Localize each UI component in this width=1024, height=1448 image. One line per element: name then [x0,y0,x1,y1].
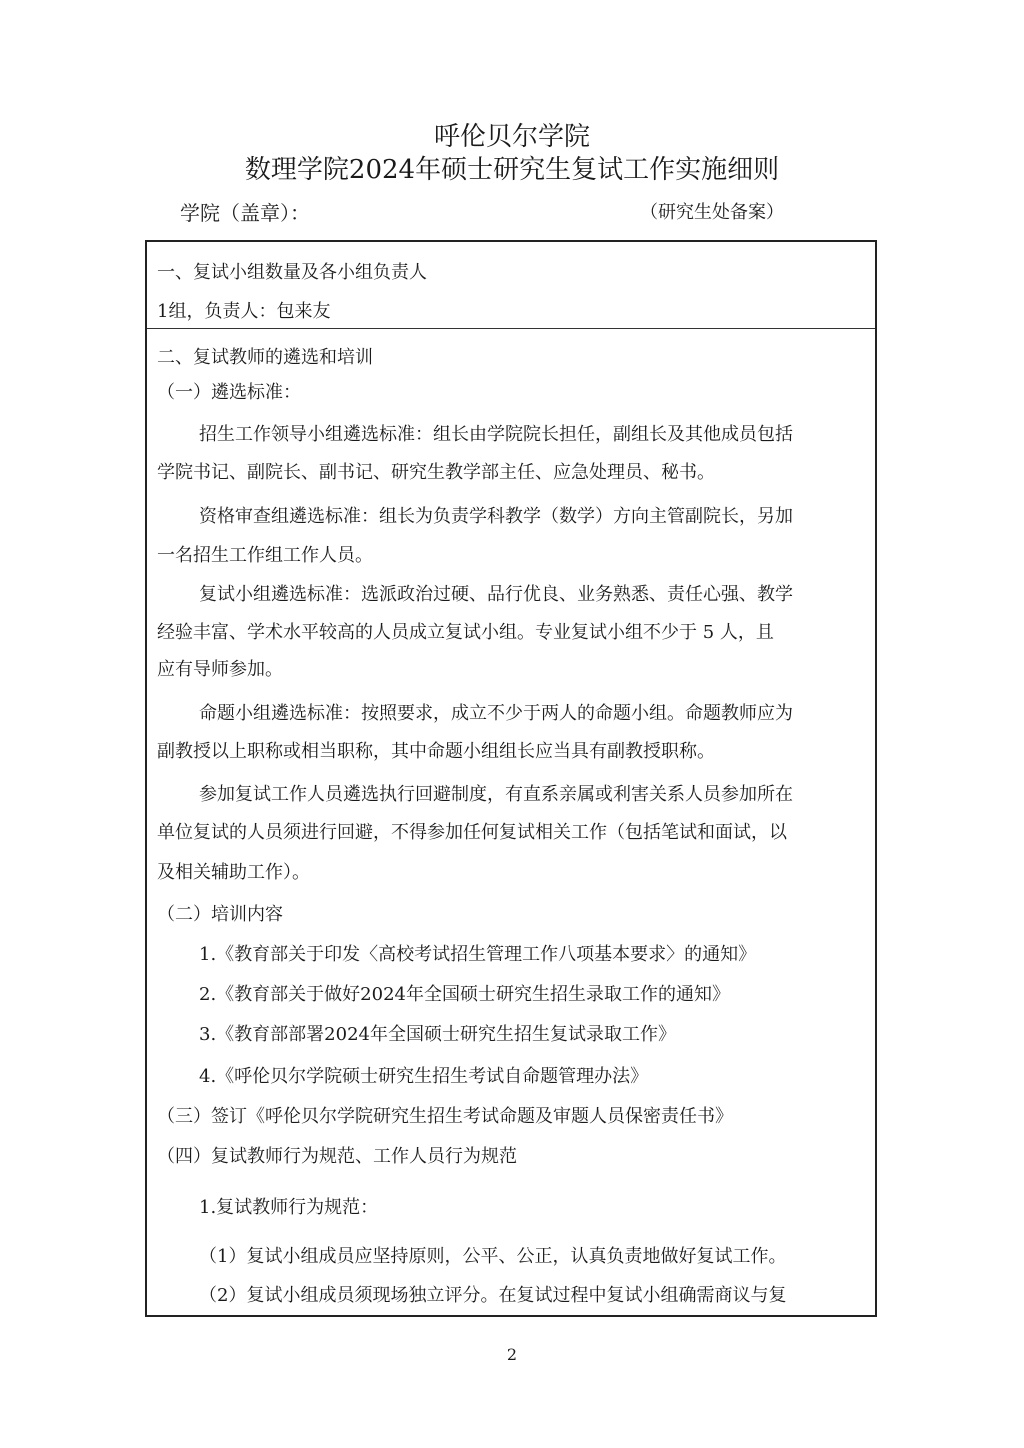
paragraph-line: 命题小组遴选标准：按照要求，成立不少于两人的命题小组。命题教师应为 [199,701,867,727]
paragraph-line: 招生工作领导小组遴选标准：组长由学院院长担任，副组长及其他成员包括 [199,422,867,448]
training-item: 1.《教育部关于印发〈高校考试招生管理工作八项基本要求〉的通知》 [199,942,867,968]
training-item: 3.《教育部部署2024年全国硕士研究生招生复试录取工作》 [199,1022,867,1048]
seal-label: 学院（盖章）： [180,198,310,228]
paragraph-line: 资格审查组遴选标准：组长为负责学科教学（数学）方向主管副院长，另加 [199,504,867,530]
paragraph-line: 参加复试工作人员遴选执行回避制度，有直系亲属或利害关系人员参加所在 [199,782,867,808]
page-number: 2 [0,1345,1024,1364]
rule-item: （1）复试小组成员应坚持原则，公平、公正，认真负责地做好复试工作。 [199,1244,867,1270]
paragraph-line: 学院书记、副院长、副书记、研究生教学部主任、应急处理员、秘书。 [157,460,867,486]
paragraph-line: 经验丰富、学术水平较高的人员成立复试小组。专业复试小组不少于 5 人，且 [157,620,867,646]
section1-content: 1组，负责人：包来友 [157,299,867,325]
paragraph-line: 及相关辅助工作）。 [157,860,867,886]
training-item: 4.《呼伦贝尔学院硕士研究生招生考试自命题管理办法》 [199,1064,867,1090]
table-divider [147,328,875,329]
paragraph-line: 单位复试的人员须进行回避，不得参加任何复试相关工作（包括笔试和面试，以 [157,820,867,846]
filing-label: （研究生处备案） [640,198,784,228]
paragraph-line: 复试小组遴选标准：选派政治过硬、品行优良、业务熟悉、责任心强、教学 [199,582,867,608]
sub4-heading: （四）复试教师行为规范、工作人员行为规范 [157,1144,867,1170]
paragraph-line: 应有导师参加。 [157,657,867,683]
sub1-heading: （一）遴选标准： [157,380,867,406]
sub3-heading: （三）签订《呼伦贝尔学院研究生招生考试命题及审题人员保密责任书》 [157,1104,867,1130]
paragraph-line: 副教授以上职称或相当职称，其中命题小组组长应当具有副教授职称。 [157,739,867,765]
content-table: 一、复试小组数量及各小组负责人 1组，负责人：包来友 二、复试教师的遴选和培训 … [145,240,877,1317]
sub2-heading: （二）培训内容 [157,902,867,928]
section1-heading: 一、复试小组数量及各小组负责人 [157,260,867,286]
document-title: 数理学院2024年硕士研究生复试工作实施细则 [0,153,1024,187]
training-item: 2.《教育部关于做好2024年全国硕士研究生招生录取工作的通知》 [199,982,867,1008]
document-title-institution: 呼伦贝尔学院 [0,120,1024,154]
rule-item: （2）复试小组成员须现场独立评分。在复试过程中复试小组确需商议与复 [199,1283,867,1309]
section2-heading: 二、复试教师的遴选和培训 [157,345,867,371]
item1-heading: 1.复试教师行为规范： [199,1195,867,1221]
paragraph-line: 一名招生工作组工作人员。 [157,543,867,569]
